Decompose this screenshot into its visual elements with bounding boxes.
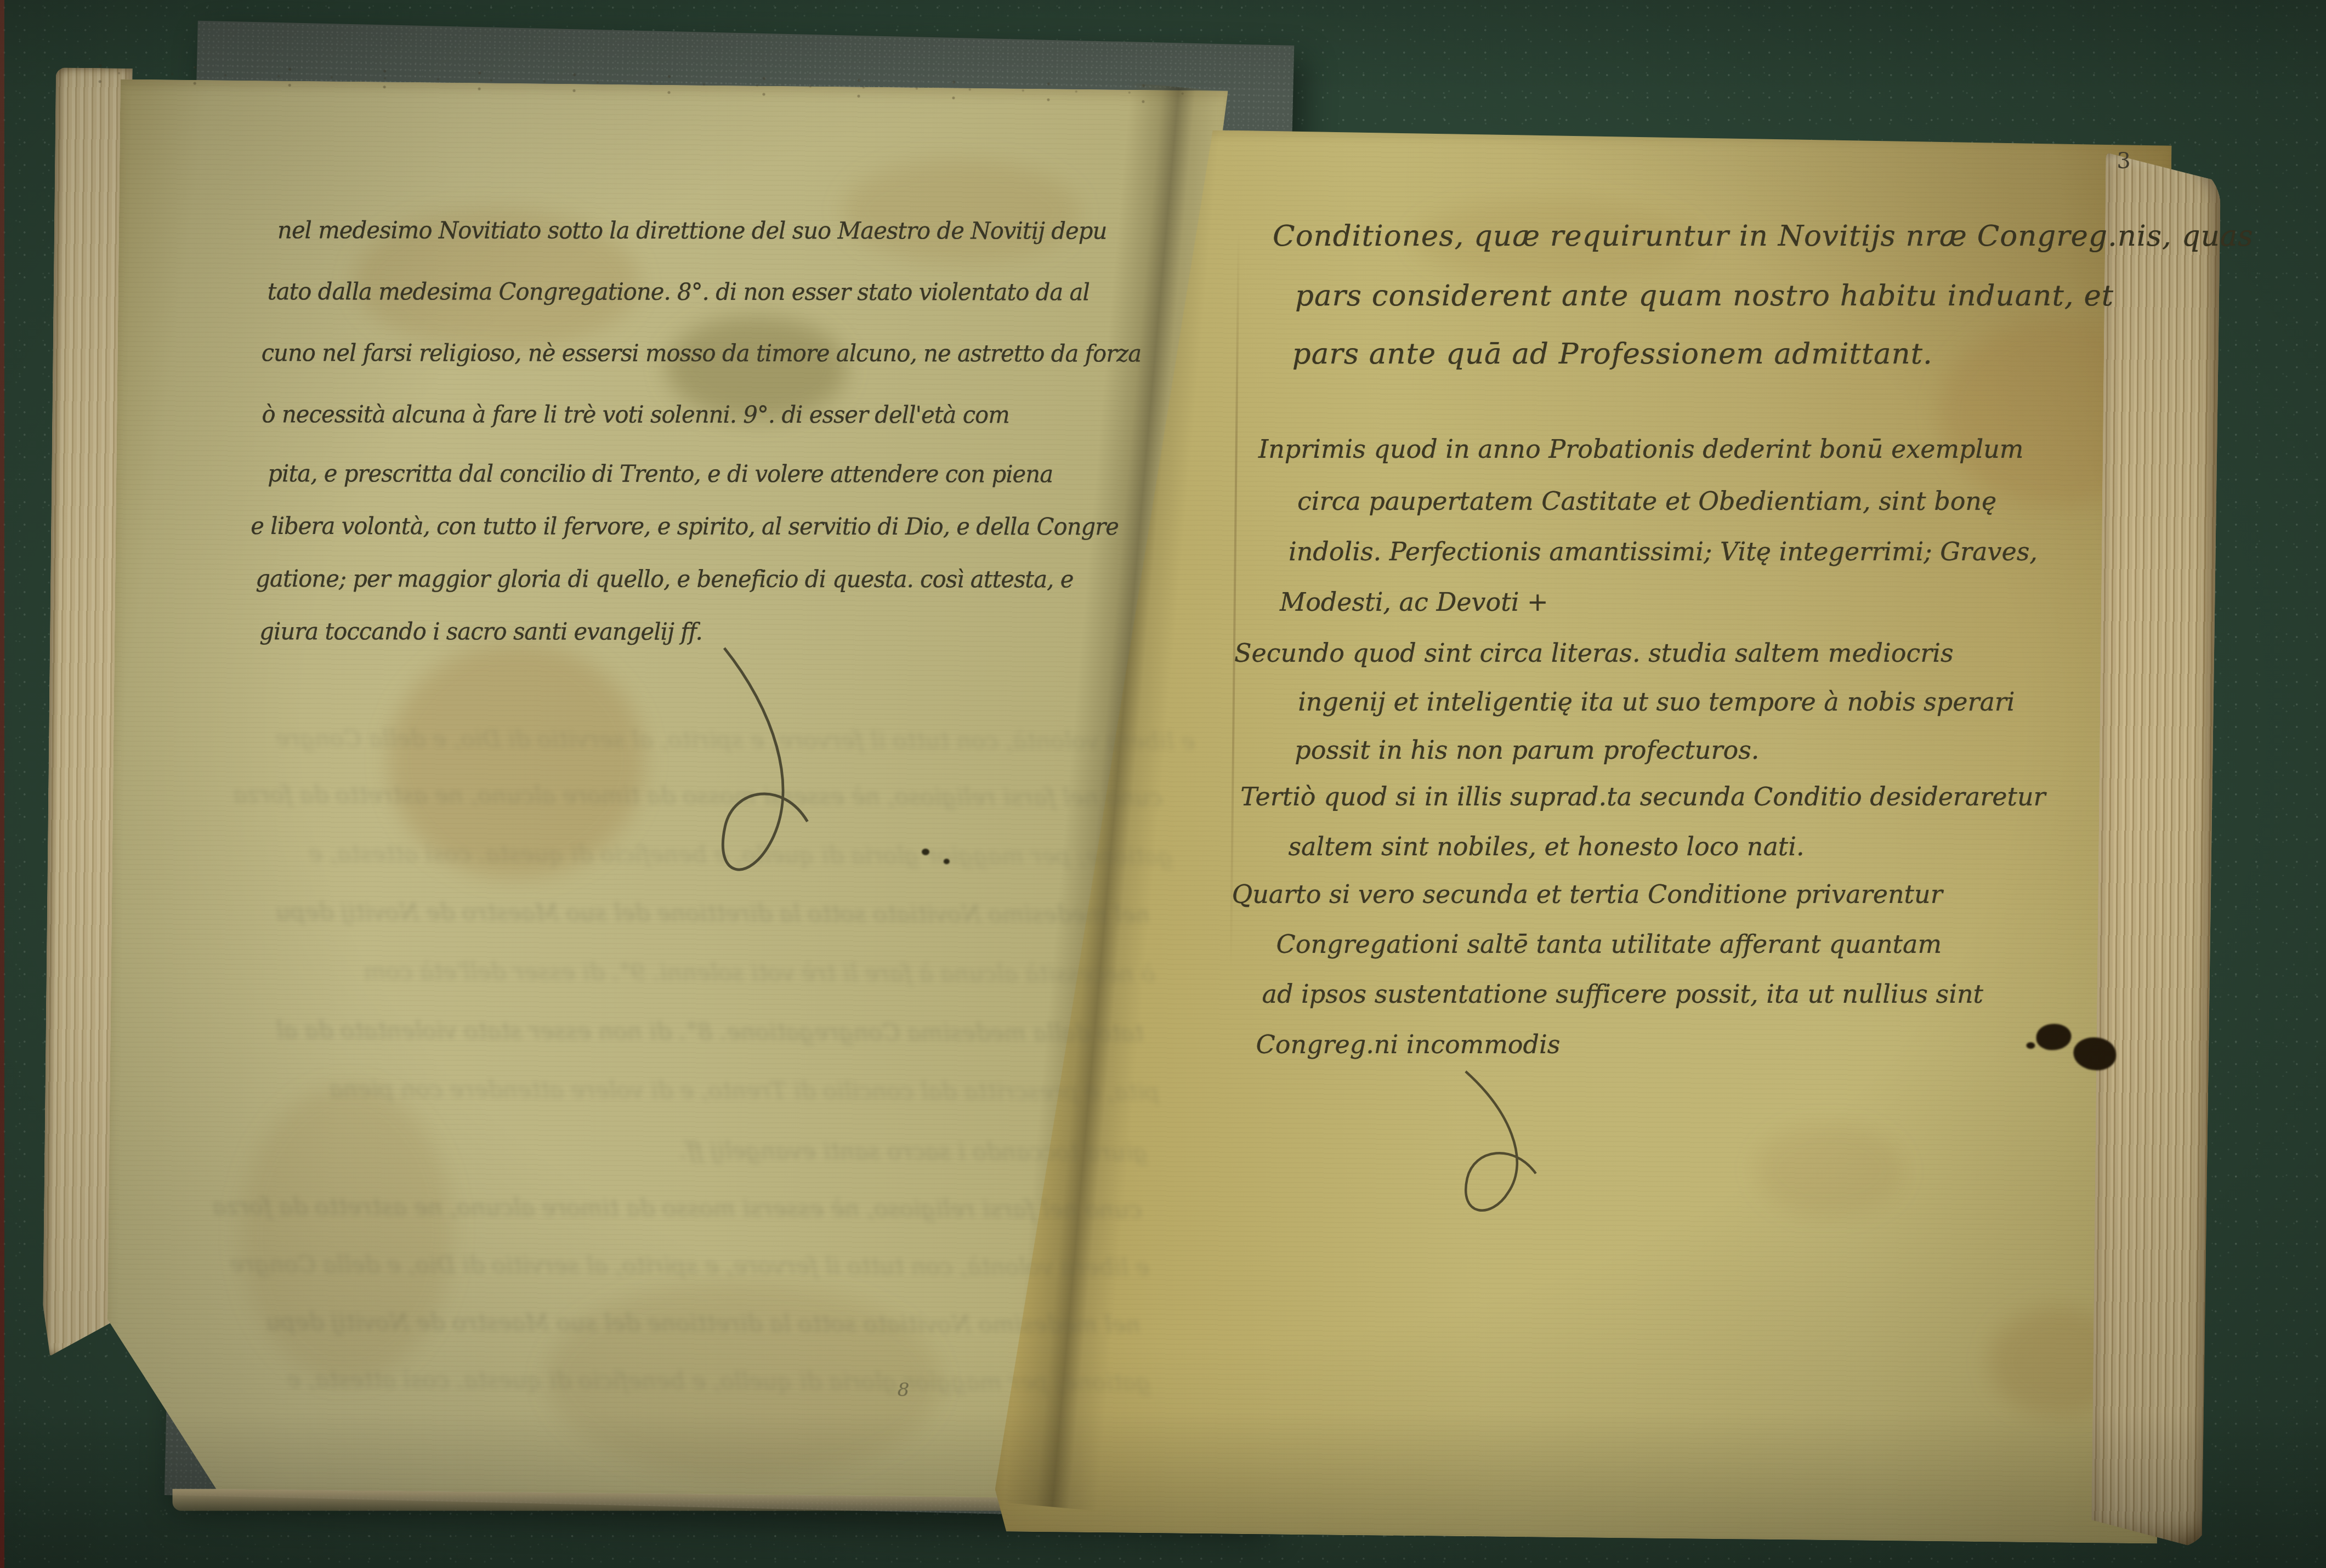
manuscript-line: Modesti, ac Devoti + [1280,587,1548,617]
bleedthrough-line: e libera volontà, con tutto il fervore, … [184,1251,1149,1281]
manuscript-line: ò necessità alcuna à fare li trè voti so… [262,401,1009,429]
frame-red-edge [0,0,4,1568]
manuscript-line: indolis. Perfectionis amantissimi; Vitę … [1289,537,2038,566]
manuscript-line: pita, e prescritta dal concilio di Trent… [268,460,1053,488]
manuscript-line: saltem sint nobiles, et honesto loco nat… [1288,832,1804,861]
fore-edge-page-stack [2091,152,2221,1549]
manuscript-line: Quarto si vero secunda et tertia Conditi… [1232,879,1942,909]
manuscript-line: e libera volontà, con tutto il fervore, … [251,513,1119,541]
manuscript-book: nel medesimo Novitiato sotto la direttio… [41,53,2244,1546]
bleedthrough-line: cuno nel farsi religioso, nè essersi mos… [177,1193,1142,1223]
manuscript-heading-line: Conditiones, quæ requiruntur in Novitijs… [1273,219,2254,253]
manuscript-line: Tertiò quod si in illis suprad.ta secund… [1240,782,2045,811]
manuscript-line: gatione; per maggior gloria di quello, e… [256,565,1073,593]
pen-flourish [705,632,872,918]
manuscript-line: cuno nel farsi religioso, nè essersi mos… [262,339,1141,367]
manuscript-heading-line: pars considerent ante quam nostro habitu… [1295,279,2114,313]
manuscript-heading-line: pars ante quā ad Professionem admittant. [1292,337,1933,371]
bleedthrough-line: nel medesimo Novitiato sotto la direttio… [185,898,1150,928]
bleedthrough-line: cuno nel farsi religioso, nè essersi mos… [197,781,1162,811]
manuscript-line: ad ipsos sustentatione sufficere possit,… [1262,979,1983,1009]
manuscript-line: nel medesimo Novitiato sotto la direttio… [277,217,1107,245]
pen-flourish [1448,1060,1603,1243]
manuscript-line: Secundo quod sint circa literas. studia … [1234,638,1953,668]
stain [842,158,1079,264]
manuscript-line: Inprimis quod in anno Probationis dederi… [1258,434,2023,464]
manuscript-line: Congreg.ni incommodis [1256,1030,1561,1059]
manuscript-line: possit in his non parum profecturos. [1295,735,1759,765]
photo-canvas: nel medesimo Novitiato sotto la direttio… [0,0,2326,1568]
stain [239,1084,456,1382]
ink-speck [922,849,929,855]
bleedthrough-line: pita, e prescritta dal concilio di Trent… [194,1075,1159,1105]
page-number: 3 [2117,149,2131,174]
ink-speck [944,859,950,864]
bleedthrough-line: tato dalla medesima Congregatione. 8°. d… [178,1016,1143,1047]
manuscript-line: giura toccando i sacro santi evangelij f… [259,618,702,646]
manuscript-line: ingenij et inteligentię ita ut suo tempo… [1298,687,2015,717]
bleedthrough-line: nel medesimo Novitiato sotto la direttio… [175,1308,1141,1338]
bleedthrough-line: gatione; per maggior gloria di quello, e… [186,1366,1151,1396]
bleedthrough-line: giura toccando i sacro santi evangelij f… [183,1135,1148,1166]
stain [1755,1123,1904,1218]
bleedthrough-line: ò necessità alcuna à fare li trè voti so… [190,957,1155,987]
ink-blot [2026,1042,2035,1049]
gutter-mark: 8 [897,1379,909,1401]
manuscript-line: circa paupertatem Castitate et Obedienti… [1297,486,1996,516]
bleedthrough-line: gatione; per maggior gloria di quello, e… [208,839,1173,870]
manuscript-line: Congregationi saltē tanta utilitate affe… [1277,929,1942,959]
manuscript-line: tato dalla medesima Congregatione. 8°. d… [268,278,1090,306]
